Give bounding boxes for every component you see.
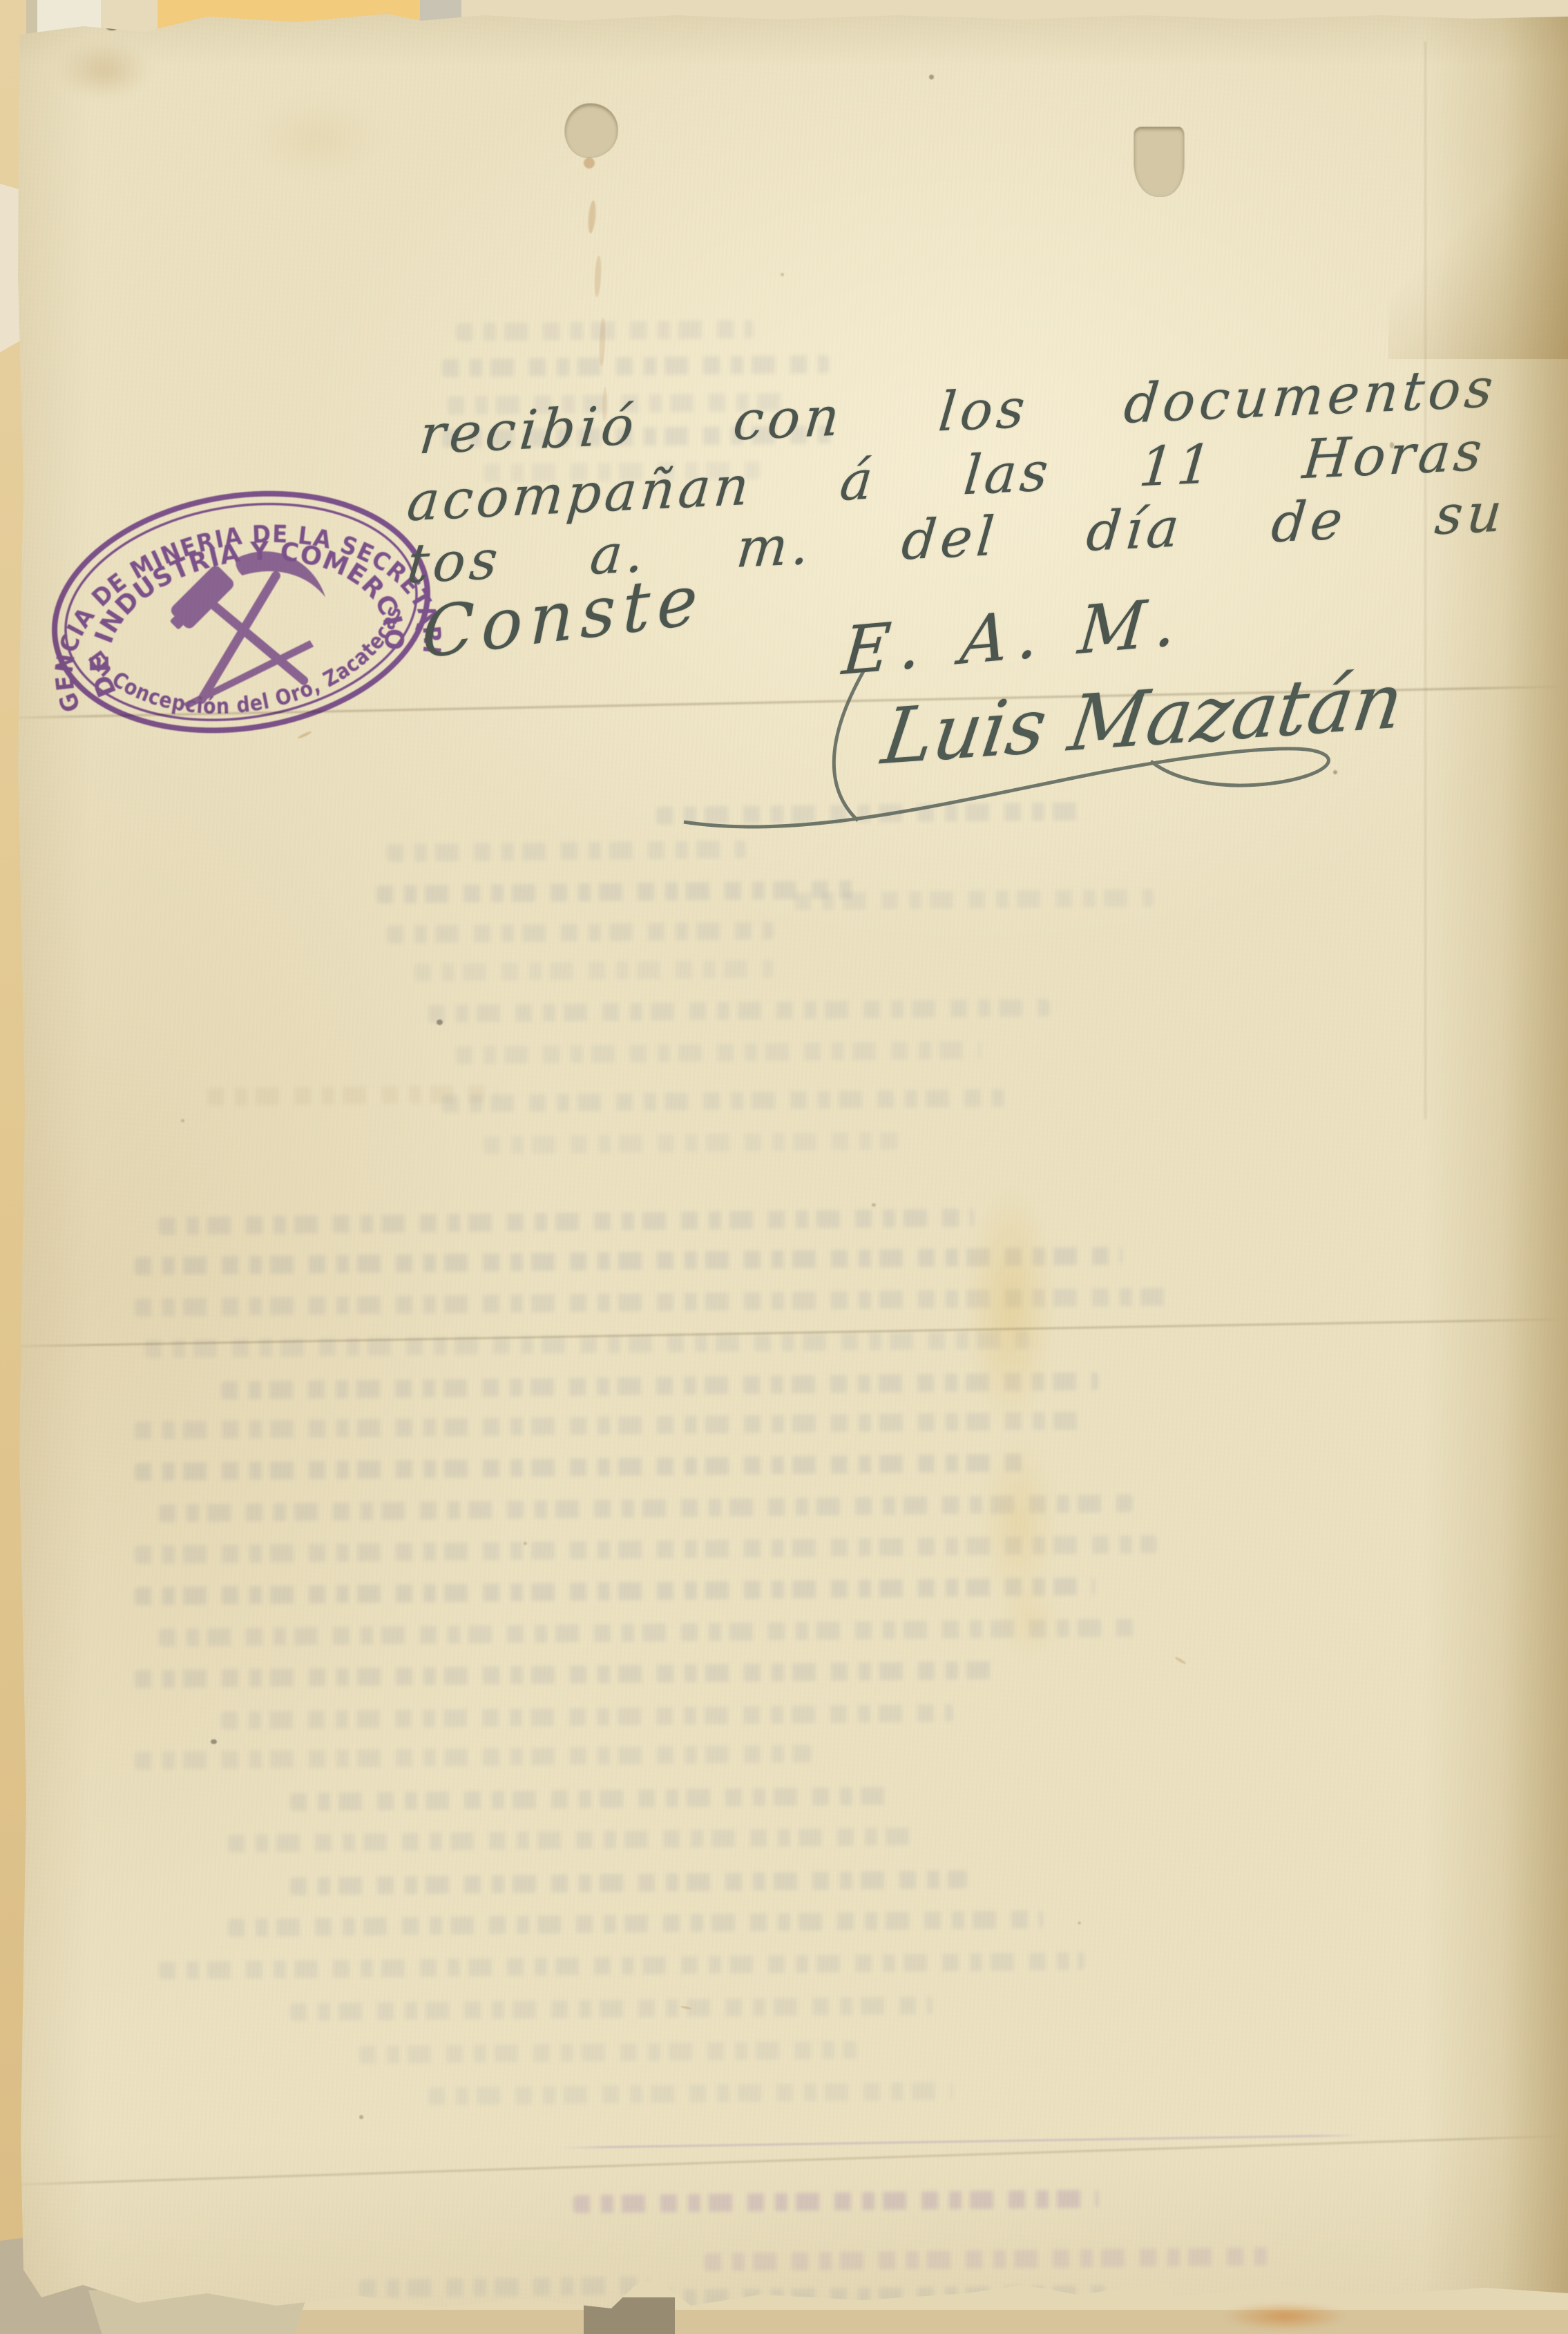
paper-speck: [587, 200, 597, 234]
bleed-through-line: [228, 1828, 919, 1853]
bleed-through-line: [442, 1089, 1008, 1113]
bleed-through-line: [656, 803, 1084, 825]
paper-speck: [524, 1542, 527, 1545]
punch-hole: [565, 104, 618, 157]
bleed-through-line: [290, 1871, 967, 1895]
backing-bottom-stain: [1207, 2299, 1362, 2334]
mining-agency-rubber-stamp: AGENCIA DE MINERIA DE LA SECRETARIA DE I…: [14, 437, 468, 788]
paper-stain: [41, 32, 166, 108]
bleed-through-line: [442, 355, 829, 377]
page-gutter-shadow-top: [1388, 0, 1568, 359]
scanned-archival-document: { "document": { "kind": "aged archival r…: [0, 0, 1568, 2334]
bleed-through-line: [428, 2082, 953, 2105]
bleed-through-line: [290, 1996, 933, 2021]
paper-speck: [872, 1203, 876, 1207]
bleed-through-line: [290, 1787, 898, 1811]
paper-speck: [584, 157, 595, 169]
paper-speck: [1174, 1656, 1187, 1665]
punch-hole: [1134, 127, 1184, 196]
paper-speck: [181, 1119, 184, 1122]
bleed-through-line: [135, 1453, 1033, 1481]
paper-speck: [359, 2115, 363, 2119]
bleed-through-line: [135, 1745, 812, 1770]
bleed-through-line: [228, 1911, 1043, 1937]
bleed-through-line: [135, 1412, 1081, 1439]
fold-crease: [1424, 41, 1426, 1119]
bleed-through-line: [573, 2190, 1098, 2213]
bleed-through-line: [159, 1209, 974, 1235]
paper-stain: [988, 1568, 1071, 1672]
bleed-through-line: [484, 1132, 898, 1154]
bleed-through-line: [159, 1952, 1084, 1980]
bleed-through-line: [414, 960, 774, 982]
bleed-through-line: [428, 999, 1050, 1023]
paper-speck: [781, 273, 784, 276]
bleed-through-line: [135, 1661, 998, 1688]
bleed-through-line: [387, 841, 746, 862]
bleed-through-line: [135, 1577, 1095, 1605]
paper-speck: [1333, 770, 1337, 774]
document-sheet: AGENCIA DE MINERIA DE LA SECRETARIA DE I…: [0, 0, 1568, 2334]
bleed-through-line: [221, 1704, 953, 1730]
paper-stain: [228, 83, 408, 193]
paper-speck: [593, 256, 602, 297]
page-gutter-shadow: [1423, 0, 1568, 2334]
bleed-through-line: [376, 881, 860, 903]
paper-speck: [211, 1739, 217, 1744]
bleed-through-line: [387, 921, 774, 944]
paper-speck: [1078, 1922, 1081, 1924]
paper-speck: [929, 75, 934, 79]
bleed-through-line: [456, 1041, 981, 1064]
fold-crease: [0, 2135, 1567, 2186]
bleed-through-line: [705, 2247, 1271, 2271]
bleed-through-line: [359, 2277, 649, 2297]
bleed-through-line: [794, 889, 1154, 910]
bleed-through-line: [359, 2040, 857, 2064]
paper-speck: [437, 1020, 443, 1025]
